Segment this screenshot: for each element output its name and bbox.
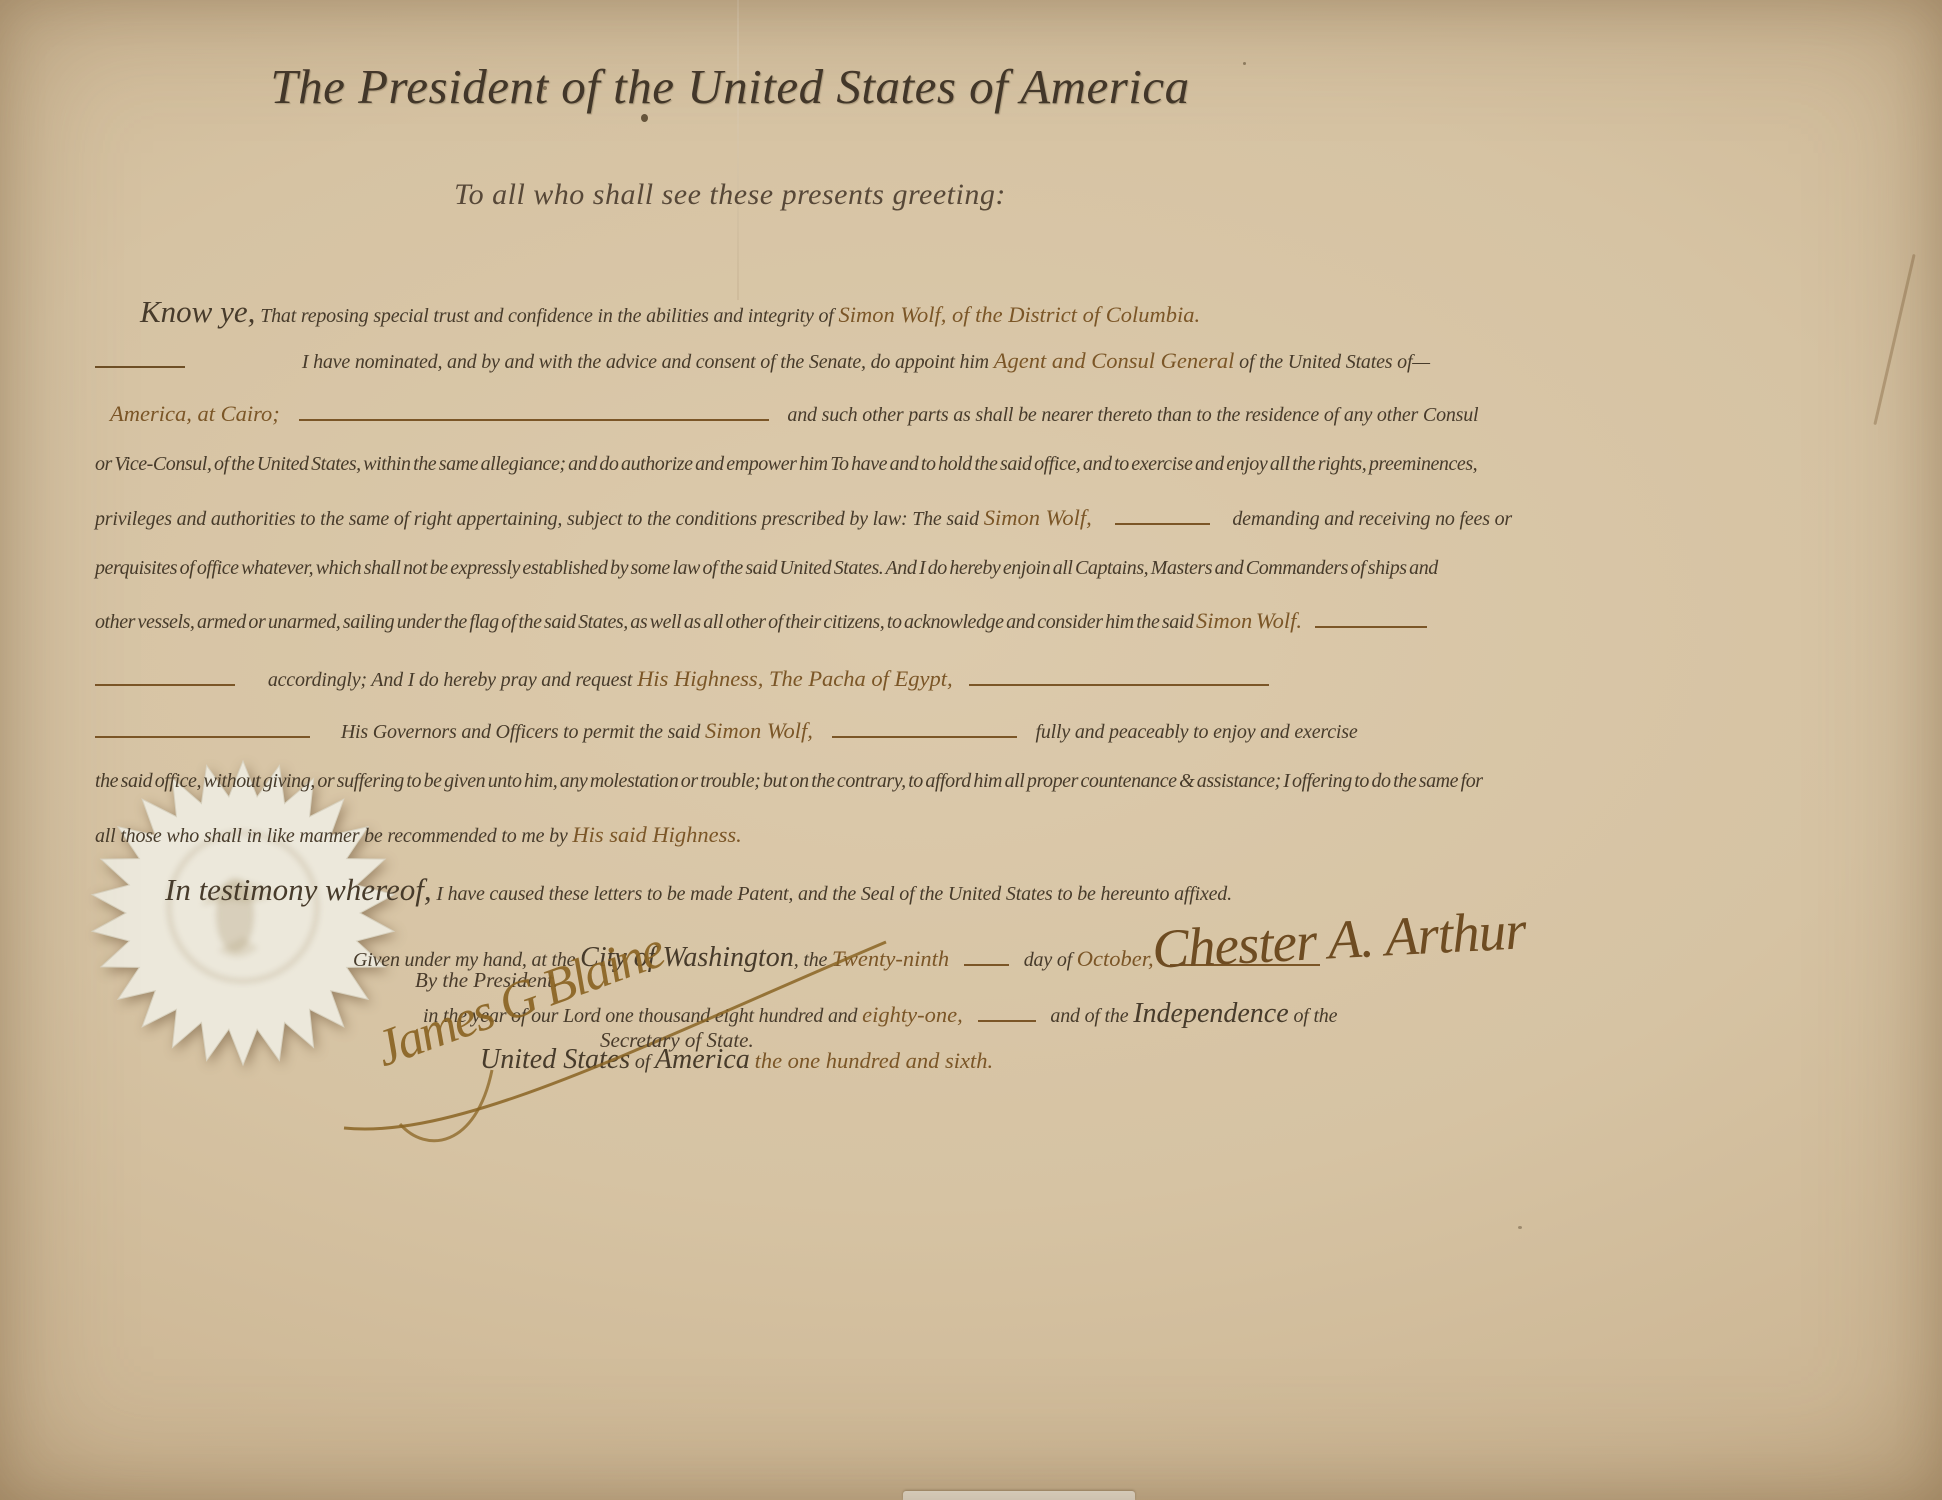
blank-line: [1315, 624, 1427, 628]
filled-in-text: His Highness, The Pacha of Egypt,: [637, 666, 953, 691]
engrossed-text: and of the: [1050, 1005, 1128, 1027]
paper-crease: [737, 0, 739, 300]
blank-line: [95, 734, 310, 738]
engrossed-text: I have caused these letters to be made P…: [436, 883, 1231, 905]
engrossed-text: or Vice-Consul, of the United States, wi…: [95, 453, 1477, 475]
parchment-background: [0, 0, 1942, 1500]
body-line-7: other vessels, armed or unarmed, sailing…: [95, 608, 1785, 634]
blank-line: [964, 962, 1009, 966]
document-salutation: To all who shall see these presents gree…: [150, 178, 1310, 212]
blank-line: [95, 682, 235, 686]
engrossed-text: I have nominated, and by and with the ad…: [302, 351, 989, 373]
testimony-line-1: In testimony whereof, I have caused thes…: [95, 872, 1855, 908]
engrossed-text: the said office, without giving, or suff…: [95, 770, 1483, 792]
body-line-10: the said office, without giving, or suff…: [95, 770, 1785, 793]
blank-line: [969, 682, 1269, 686]
engrossed-text: demanding and receiving no fees or: [1232, 508, 1512, 530]
engrossed-text: day of: [1024, 949, 1072, 971]
engrossed-text: of the United States of—: [1239, 351, 1430, 373]
engrossed-text: Know ye,: [140, 294, 255, 329]
blank-line: [299, 417, 769, 421]
filled-in-text: Agent and Consul General: [994, 348, 1235, 373]
body-line-5: privileges and authorities to the same o…: [95, 505, 1785, 531]
engrossed-text: accordingly; And I do hereby pray and re…: [268, 669, 632, 691]
engrossed-text: other vessels, armed or unarmed, sailing…: [95, 611, 1193, 633]
engrossed-text: and such other parts as shall be nearer …: [787, 404, 1478, 426]
engrossed-text: In testimony whereof,: [165, 872, 432, 907]
engrossed-text: That reposing special trust and confiden…: [260, 305, 833, 327]
engrossed-text: fully and peaceably to enjoy and exercis…: [1036, 721, 1358, 743]
blank-line: [978, 1018, 1036, 1022]
filled-in-text: Simon Wolf,: [984, 505, 1092, 530]
blank-line: [832, 734, 1017, 738]
body-line-8: accordingly; And I do hereby pray and re…: [95, 666, 1785, 692]
filled-in-text: Simon Wolf.: [1196, 608, 1302, 633]
age-spot: [641, 114, 648, 122]
document-title: The President of the United States of Am…: [150, 58, 1310, 115]
engrossed-text: all those who shall in like manner be re…: [95, 825, 568, 847]
body-line-9: His Governors and Officers to permit the…: [95, 718, 1785, 744]
body-line-4: or Vice-Consul, of the United States, wi…: [95, 453, 1785, 476]
body-line-11: all those who shall in like manner be re…: [95, 822, 1785, 848]
body-line-6: perquisites of office whatever, which sh…: [95, 557, 1785, 580]
age-spot: [1518, 1226, 1522, 1229]
engrossed-text: Independence: [1133, 998, 1288, 1029]
filled-in-text: October,: [1077, 946, 1154, 971]
body-line-1: Know ye, That reposing special trust and…: [95, 294, 1830, 330]
engrossed-text: perquisites of office whatever, which sh…: [95, 557, 1438, 579]
engrossed-text: of the: [1293, 1005, 1337, 1027]
paper-edge-sliver: [903, 1491, 1135, 1500]
blank-line: [95, 364, 185, 368]
filled-in-text: Simon Wolf,: [705, 718, 813, 743]
body-line-3: America, at Cairo; and such other parts …: [95, 401, 1800, 427]
secretary-of-state-label: Secretary of State.: [600, 1028, 754, 1053]
filled-in-text: America, at Cairo;: [110, 401, 280, 426]
body-line-2: I have nominated, and by and with the ad…: [95, 348, 1785, 374]
engrossed-text: His Governors and Officers to permit the…: [341, 721, 700, 743]
filled-in-text: His said Highness.: [572, 822, 741, 847]
filled-in-text: Simon Wolf, of the District of Columbia.: [838, 302, 1200, 327]
blank-line: [1115, 521, 1210, 525]
engrossed-text: privileges and authorities to the same o…: [95, 508, 979, 530]
